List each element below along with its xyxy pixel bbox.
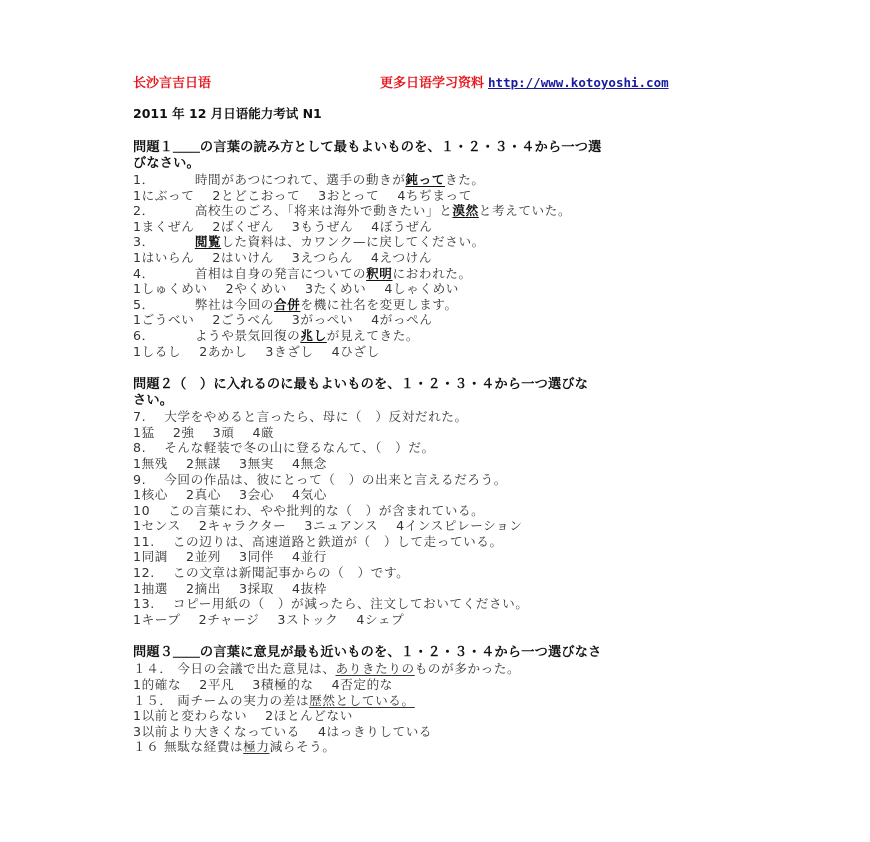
question-text: を機に社名を変更します。 (300, 297, 457, 312)
option: 4並行 (292, 549, 327, 564)
question-text: と考えていた。 (479, 203, 571, 218)
question-text: ようや景気回復の (195, 328, 301, 343)
question-number: １４． (133, 661, 173, 676)
underlined-target: 釈明 (366, 266, 392, 281)
question-number: 6． (133, 328, 155, 343)
question-number: 2． (133, 203, 155, 218)
option: 2ほとんどない (265, 708, 353, 723)
option: 2ばくぜん (212, 219, 273, 234)
options-line: 1ごうべい2ごうべん3がっぺい4がっぺん (133, 312, 743, 328)
underlined-target: 合併 (274, 297, 300, 312)
question-number: 10 (133, 503, 150, 518)
heading-line: びなさい。 (133, 156, 743, 172)
question-text: きた。 (445, 172, 485, 187)
option: 1はいらん (133, 250, 194, 265)
option: 1にぶって (133, 188, 194, 203)
options-line: 1抽選2摘出3採取4抜枠 (133, 581, 743, 597)
option: 3無実 (239, 456, 274, 471)
option: 4えつけん (371, 250, 432, 265)
underlined-target: ありきたりの (336, 661, 415, 676)
option: 2チャージ (199, 612, 260, 627)
question-text: コピー用紙の（ ）が減ったら、注文しておいてください。 (173, 596, 529, 611)
options-line: 1猛2強3頑4厳 (133, 425, 743, 441)
option: 1ごうべい (133, 312, 194, 327)
option: 3頑 (213, 425, 235, 440)
question-line: １４． 今日の会議で出た意見は、ありきたりのものが多かった。 (133, 661, 743, 677)
options-line: 1センス2キャラクター3ニュアンス4インスピレーション (133, 518, 743, 534)
question-line: 13.コピー用紙の（ ）が減ったら、注文しておいてください。 (133, 596, 743, 612)
website-link[interactable]: http://www.kotoyoshi.com (488, 75, 669, 90)
option: 1核心 (133, 487, 168, 502)
option: 1以前と変わらない (133, 708, 247, 723)
option: 3ストック (277, 612, 338, 627)
question-text: 大学をやめると言ったら、母に（ ）反対だれた。 (164, 409, 467, 424)
option: 3おとって (318, 188, 379, 203)
underlined-target: 鈍って (405, 172, 445, 187)
question-line: 11.この辺りは、高速道路と鉄道が（ ）して走っている。 (133, 534, 743, 550)
question-text: におわれた。 (392, 266, 471, 281)
question-text: 無駄な経費は (164, 739, 243, 754)
option: 4厳 (252, 425, 274, 440)
option: 1的確な (133, 677, 181, 692)
heading-line: 問題２（ ）に入れるのに最もよいものを、１・２・３・４から一つ選びな (133, 377, 743, 393)
option: 3えつらん (292, 250, 353, 265)
question-text: 今回の作品は、彼にとって（ ）の出来と言えるだろう。 (164, 472, 507, 487)
option: 4しゃくめい (384, 281, 459, 296)
option: 4がっぺん (371, 312, 432, 327)
option: 2摘出 (186, 581, 221, 596)
section-1-questions: 1．時間があつにつれて、選手の動きが鈍ってきた。1にぶって2とどこおって3おとっ… (133, 172, 743, 359)
section-2-questions: 7.大学をやめると言ったら、母に（ ）反対だれた。1猛2強3頑4厳8.そんな軽装… (133, 409, 743, 627)
question-text: この言葉にわ、やや批判的な（ ）が含まれている。 (168, 503, 484, 518)
option: 2ごうべん (212, 312, 273, 327)
option: 4シェプ (356, 612, 404, 627)
question-number: 11. (133, 534, 155, 549)
heading-line: 問題３＿＿の言葉に意見が最も近いものを、１・２・３・４から一つ選びなさ (133, 645, 743, 661)
options-line: 1核心2真心3会心4気心 (133, 487, 743, 503)
option: 3積極的な (252, 677, 313, 692)
question-line: １６ 無駄な経費は極力減らそう。 (133, 739, 743, 755)
question-text: 今日の会議で出た意見は、 (177, 661, 335, 676)
question-text: 首相は自身の発言についての (195, 266, 366, 281)
option: 4ちぢまって (397, 188, 472, 203)
question-number: １６ (133, 739, 159, 754)
question-number: 7. (133, 409, 146, 424)
question-line: 1．時間があつにつれて、選手の動きが鈍ってきた。 (133, 172, 743, 188)
more-resources-label: 更多日语学习资料 (380, 76, 484, 91)
question-number: 1． (133, 172, 155, 187)
option: 2強 (173, 425, 195, 440)
underlined-target: 閲覧 (195, 234, 221, 249)
section-1: 問題１＿＿の言葉の読み方として最もよいものを、１・２・３・４から一つ選 びなさい… (133, 140, 743, 359)
option: 4否定的な (332, 677, 393, 692)
option: 2無謀 (186, 456, 221, 471)
option: 4ひざし (332, 344, 380, 359)
option: 4無念 (292, 456, 327, 471)
question-text: 時間があつにつれて、選手の動きが (195, 172, 406, 187)
section-3: 問題３＿＿の言葉に意見が最も近いものを、１・２・３・４から一つ選びなさ １４． … (133, 645, 743, 755)
option: 3採取 (239, 581, 274, 596)
options-line: 1的確な2平凡3積極的な4否定的な (133, 677, 743, 693)
option: 3ニュアンス (304, 518, 378, 533)
option: 3同伴 (239, 549, 274, 564)
question-line: 2．高校生のごろ、「将来は海外で動きたい」と漠然と考えていた。 (133, 203, 743, 219)
options-line: 1しゅくめい2やくめい3たくめい4しゃくめい (133, 281, 743, 297)
option: 2あかし (199, 344, 247, 359)
option: 2キャラクター (199, 518, 287, 533)
question-line: 3．閲覧した資料は、カワンク—に戻してください。 (133, 234, 743, 250)
question-text: ものが多かった。 (415, 661, 521, 676)
option: 4気心 (292, 487, 327, 502)
question-line: 4．首相は自身の発言についての釈明におわれた。 (133, 266, 743, 282)
question-line: 10この言葉にわ、やや批判的な（ ）が含まれている。 (133, 503, 743, 519)
option: 1しるし (133, 344, 181, 359)
question-text: 両チームの実力の差は (177, 693, 309, 708)
option: 4抜枠 (292, 581, 327, 596)
option: 1無残 (133, 456, 168, 471)
section-2-heading: 問題２（ ）に入れるのに最もよいものを、１・２・３・４から一つ選びな さい。 (133, 377, 743, 409)
option: 1抽選 (133, 581, 168, 596)
question-line: 9.今回の作品は、彼にとって（ ）の出来と言えるだろう。 (133, 472, 743, 488)
options-line: 3以前より大きくなっている4はっきりしている (133, 724, 743, 740)
option: 1センス (133, 518, 181, 533)
question-number: １５． (133, 693, 173, 708)
question-text: この辺りは、高速道路と鉄道が（ ）して走っている。 (173, 534, 503, 549)
option: 2並列 (186, 549, 221, 564)
options-line: 1しるし2あかし3きざし4ひざし (133, 344, 743, 360)
brand-label: 长沙言吉日语 (133, 72, 211, 91)
option: 3以前より大きくなっている (133, 724, 300, 739)
options-line: 1キープ2チャージ3ストック4シェプ (133, 612, 743, 628)
options-line: 1以前と変わらない2ほとんどない (133, 708, 743, 724)
question-line: １５． 両チームの実力の差は歴然としている。 (133, 693, 743, 709)
more-resources: 更多日语学习资料http://www.kotoyoshi.com (380, 72, 669, 91)
question-number: 3． (133, 234, 155, 249)
option: 3きざし (265, 344, 313, 359)
option: 1猛 (133, 425, 155, 440)
question-text: この文章は新聞記事からの（ ）です。 (173, 565, 409, 580)
option: 1しゅくめい (133, 281, 208, 296)
question-line: 6．ようや景気回復の兆しが見えてきた。 (133, 328, 743, 344)
options-line: 1まくぜん2ばくぜん3もうぜん4ぼうぜん (133, 219, 743, 235)
option: 4インスピレーション (396, 518, 522, 533)
question-number: 4． (133, 266, 155, 281)
option: 3たくめい (305, 281, 366, 296)
question-number: 8. (133, 440, 146, 455)
options-line: 1はいらん2はいけん3えつらん4えつけん (133, 250, 743, 266)
option: 3がっぺい (292, 312, 353, 327)
options-line: 1無残2無謀3無実4無念 (133, 456, 743, 472)
option: 1キープ (133, 612, 181, 627)
section-3-questions: １４． 今日の会議で出た意見は、ありきたりのものが多かった。1的確な2平凡3積極… (133, 661, 743, 755)
question-text: 高校生のごろ、「将来は海外で動きたい」と (195, 203, 453, 218)
section-2: 問題２（ ）に入れるのに最もよいものを、１・２・３・４から一つ選びな さい。 7… (133, 377, 743, 627)
question-text: そんな軽装で冬の山に登るなんて、（ ）だ。 (164, 440, 435, 455)
question-line: 7.大学をやめると言ったら、母に（ ）反対だれた。 (133, 409, 743, 425)
document-page: 长沙言吉日语 更多日语学习资料http://www.kotoyoshi.com … (133, 70, 743, 755)
underlined-target: 極力 (243, 739, 269, 754)
option: 3もうぜん (292, 219, 353, 234)
question-text: 弊社は今回の (195, 297, 274, 312)
question-number: 12. (133, 565, 155, 580)
question-number: 9. (133, 472, 146, 487)
option: 3会心 (239, 487, 274, 502)
section-1-heading: 問題１＿＿の言葉の読み方として最もよいものを、１・２・３・４から一つ選 びなさい… (133, 140, 743, 172)
underlined-target: 漠然 (452, 203, 478, 218)
question-text: した資料は、カワンク—に戻してください。 (221, 234, 485, 249)
page-header: 长沙言吉日语 更多日语学习资料http://www.kotoyoshi.com (133, 70, 743, 90)
question-line: 5．弊社は今回の合併を機に社名を変更します。 (133, 297, 743, 313)
option: 2平凡 (199, 677, 234, 692)
question-line: 8.そんな軽装で冬の山に登るなんて、（ ）だ。 (133, 440, 743, 456)
underlined-target: 兆し (300, 328, 326, 343)
option: 2はいけん (212, 250, 273, 265)
question-line: 12.この文章は新聞記事からの（ ）です。 (133, 565, 743, 581)
option: 2真心 (186, 487, 221, 502)
options-line: 1同調2並列3同伴4並行 (133, 549, 743, 565)
section-3-heading: 問題３＿＿の言葉に意見が最も近いものを、１・２・３・４から一つ選びなさ (133, 645, 743, 661)
option: 1まくぜん (133, 219, 194, 234)
question-text: が見えてきた。 (327, 328, 419, 343)
question-text: 減らそう。 (270, 739, 336, 754)
document-title: 2011 年 12 月日语能力考试 N1 (133, 104, 743, 122)
heading-line: さい。 (133, 393, 743, 409)
option: 2とどこおって (212, 188, 300, 203)
question-number: 13. (133, 596, 155, 611)
option: 2やくめい (226, 281, 287, 296)
underlined-target: 歴然としている。 (309, 693, 415, 708)
options-line: 1にぶって2とどこおって3おとって4ちぢまって (133, 188, 743, 204)
option: 4はっきりしている (318, 724, 432, 739)
question-number: 5． (133, 297, 155, 312)
option: 4ぼうぜん (371, 219, 432, 234)
option: 1同調 (133, 549, 168, 564)
heading-line: 問題１＿＿の言葉の読み方として最もよいものを、１・２・３・４から一つ選 (133, 140, 743, 156)
